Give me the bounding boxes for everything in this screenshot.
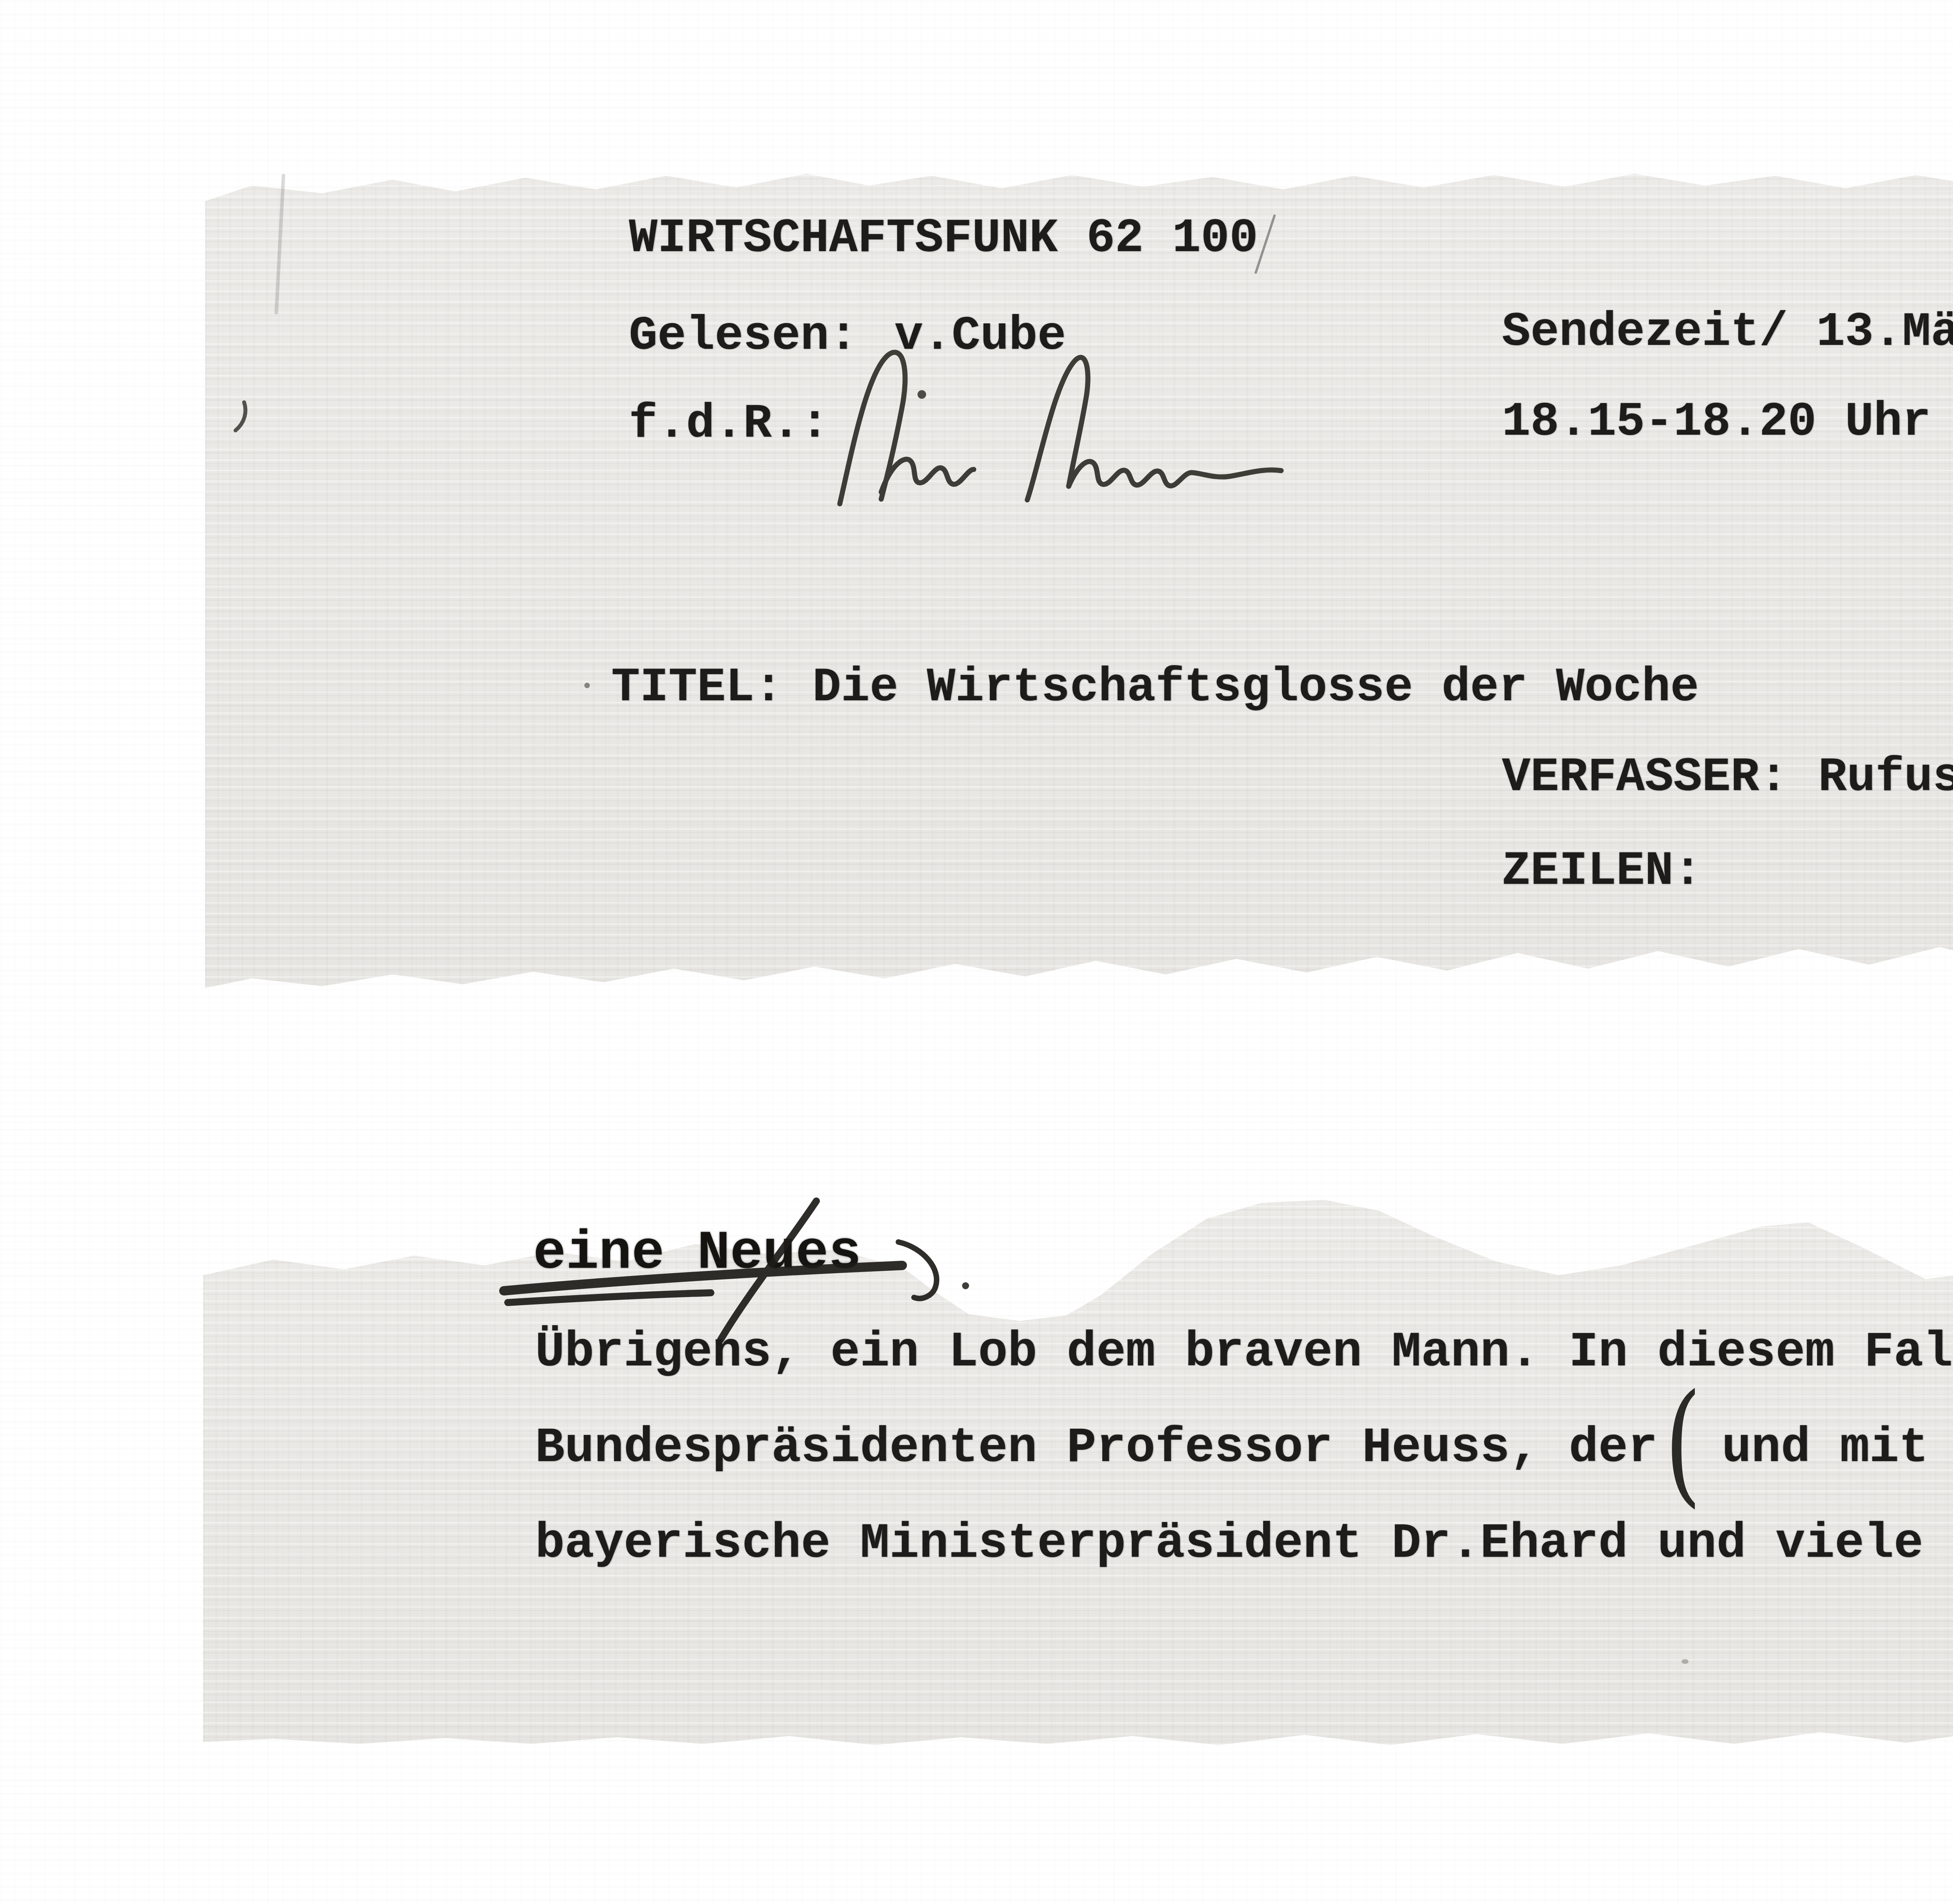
handwritten-signature-icon xyxy=(793,336,1305,508)
margin-comma-mark xyxy=(229,398,256,437)
scratch-line-mark xyxy=(1244,211,1283,277)
title-value: Die Wirtschaftsglosse der Woche xyxy=(812,664,1699,712)
scanned-typescript-page: WIRTSCHAFTSFUNK 62 100 Gelesen: v.Cube f… xyxy=(0,0,1953,1904)
broadcast-date-line: Sendezeit/ 13.März 1952 xyxy=(1502,309,1953,356)
body-line-3-text: bayerische Ministerpräsident Dr.Ehard un… xyxy=(535,1519,1953,1569)
lines-count-label: ZEILEN: xyxy=(1502,848,1702,895)
program-line: WIRTSCHAFTSFUNK 62 100 xyxy=(629,215,1258,262)
title-label: TITEL: xyxy=(611,664,783,712)
handwritten-open-paren-icon: ( xyxy=(1664,1377,1702,1510)
body-line-2-text-after: und mit ihm der xyxy=(1722,1424,1953,1473)
ink-speck xyxy=(584,683,590,688)
broadcast-hours-line: 18.15-18.20 Uhr xyxy=(1502,398,1931,446)
author-label: VERFASSER: xyxy=(1502,754,1788,801)
author-value: Rufus Mücke xyxy=(1818,754,1953,801)
body-line-2: Bundespräsidenten Professor Heuss, der (… xyxy=(535,1424,1953,1510)
body-line-3: bayerische Ministerpräsident Dr.Ehard un… xyxy=(535,1519,1953,1625)
ink-speck xyxy=(1682,1659,1689,1664)
body-line-2-text: Bundespräsidenten Professor Heuss, der xyxy=(535,1424,1657,1473)
body-line-1: Übrigens, ein Lob dem braven Mann. In di… xyxy=(535,1328,1953,1377)
